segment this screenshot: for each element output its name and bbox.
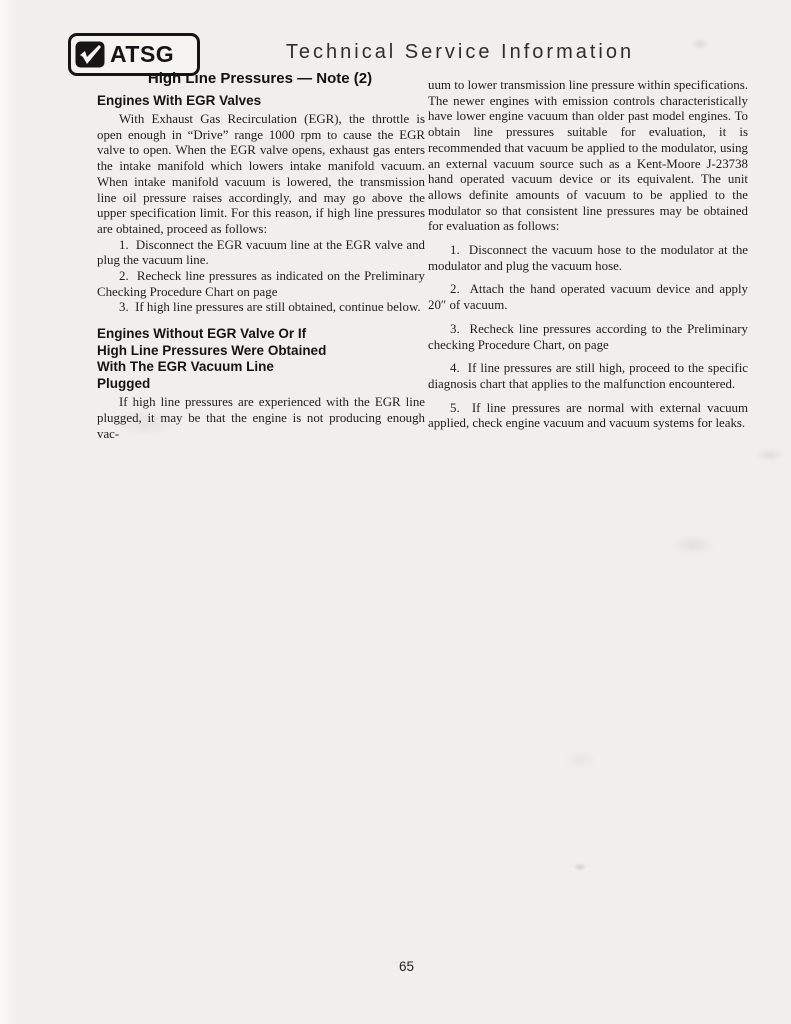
paragraph: uum to lower transmission line pressure …	[428, 78, 748, 235]
right-column: uum to lower transmission line pressure …	[428, 78, 748, 432]
document-title: Technical Service Information	[205, 41, 715, 64]
list-item: 4. If line pressures are still high, pro…	[428, 361, 748, 392]
list-item: 5. If line pressures are normal with ext…	[428, 401, 748, 432]
list-item: 1. Disconnect the EGR vacuum line at the…	[97, 238, 425, 269]
atsg-logo-text: ATSG	[110, 43, 174, 66]
list-item: 3. Recheck line pressures according to t…	[428, 322, 748, 353]
section-heading-line: High Line Pressures Were Obtained	[97, 343, 425, 360]
list-item: 1. Disconnect the vacuum hose to the mod…	[428, 243, 748, 274]
list-item: 2. Attach the hand operated vacuum devic…	[428, 282, 748, 313]
atsg-checkmark-icon	[75, 41, 105, 68]
scanned-document-page: ATSG Technical Service Information High …	[0, 0, 791, 1024]
list-item: 2. Recheck line pressures as indicated o…	[97, 269, 425, 300]
section-heading-engines-with-egr: Engines With EGR Valves	[97, 93, 425, 109]
left-column: Engines With EGR Valves With Exhaust Gas…	[97, 93, 425, 442]
list-item: 3. If high line pressures are still obta…	[97, 300, 425, 316]
article-heading: High Line Pressures — Note (2)	[95, 70, 425, 87]
paragraph: With Exhaust Gas Recirculation (EGR), th…	[97, 112, 425, 238]
section-heading-engines-without-egr: Engines Without EGR Valve Or If High Lin…	[97, 326, 425, 392]
section-heading-line: Plugged	[97, 376, 425, 393]
section-heading-line: Engines Without EGR Valve Or If	[97, 326, 425, 343]
section-heading-line: With The EGR Vacuum Line	[97, 359, 425, 376]
page-number: 65	[0, 959, 791, 974]
paragraph: If high line pressures are experienced w…	[97, 395, 425, 442]
